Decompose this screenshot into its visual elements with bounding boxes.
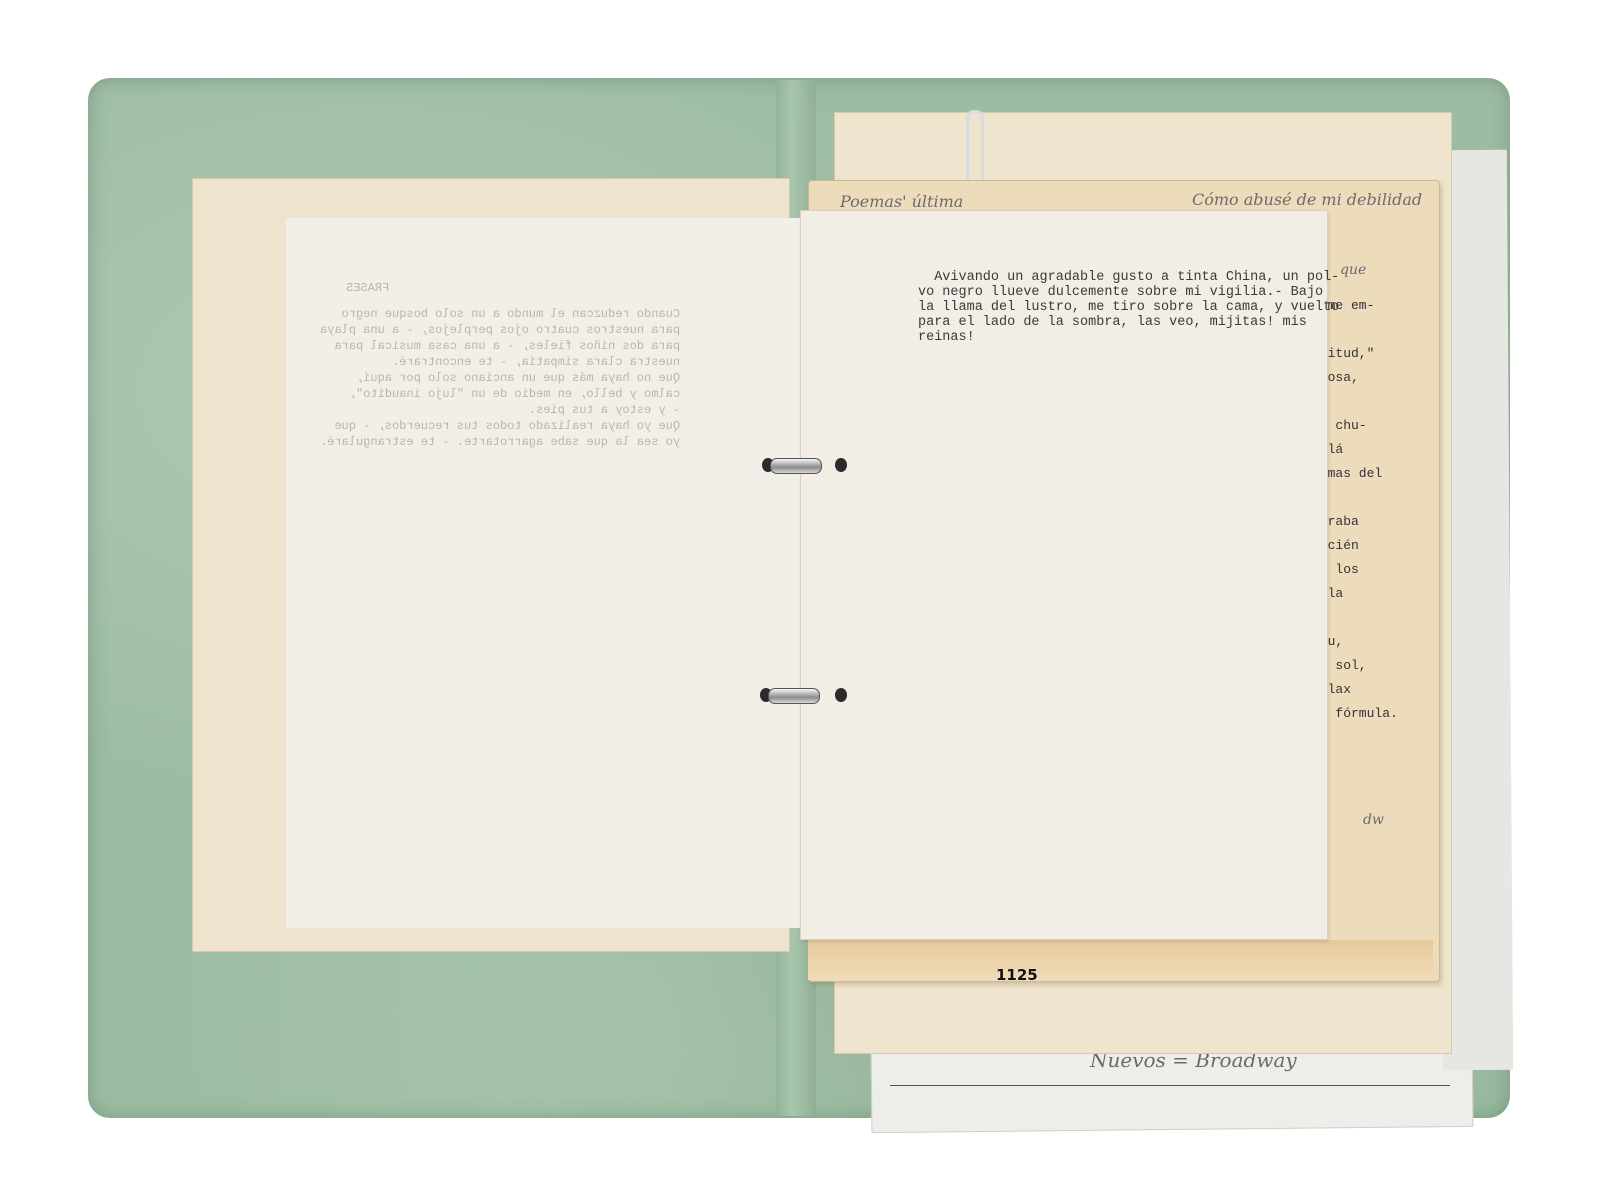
handwriting-top-right: Cómo abusé de mi debilidad xyxy=(1192,190,1422,209)
page-number-mark: 1125 xyxy=(996,966,1038,984)
binder-ring-top xyxy=(770,458,822,474)
handwriting-initials: dw xyxy=(1363,812,1384,828)
punch-hole xyxy=(835,688,847,702)
showthrough-text: Cuando reduzcan el mundo a un solo bosqu… xyxy=(320,306,680,450)
paper-clip xyxy=(966,110,984,188)
onion-skin-sheet: FRASES Cuando reduzcan el mundo a un sol… xyxy=(286,218,802,928)
typescript-text: Avivando un agradable gusto a tinta Chin… xyxy=(918,270,1339,345)
handwriting-margin-note: que xyxy=(1340,262,1366,278)
binder-ring-bottom xyxy=(768,688,820,704)
showthrough-title: FRASES xyxy=(346,280,389,296)
stack-aged-edge xyxy=(808,940,1433,980)
sheet-rule-line xyxy=(890,1085,1450,1086)
handwriting-top-left: Poemas' última xyxy=(840,192,963,211)
punch-hole xyxy=(835,458,847,472)
